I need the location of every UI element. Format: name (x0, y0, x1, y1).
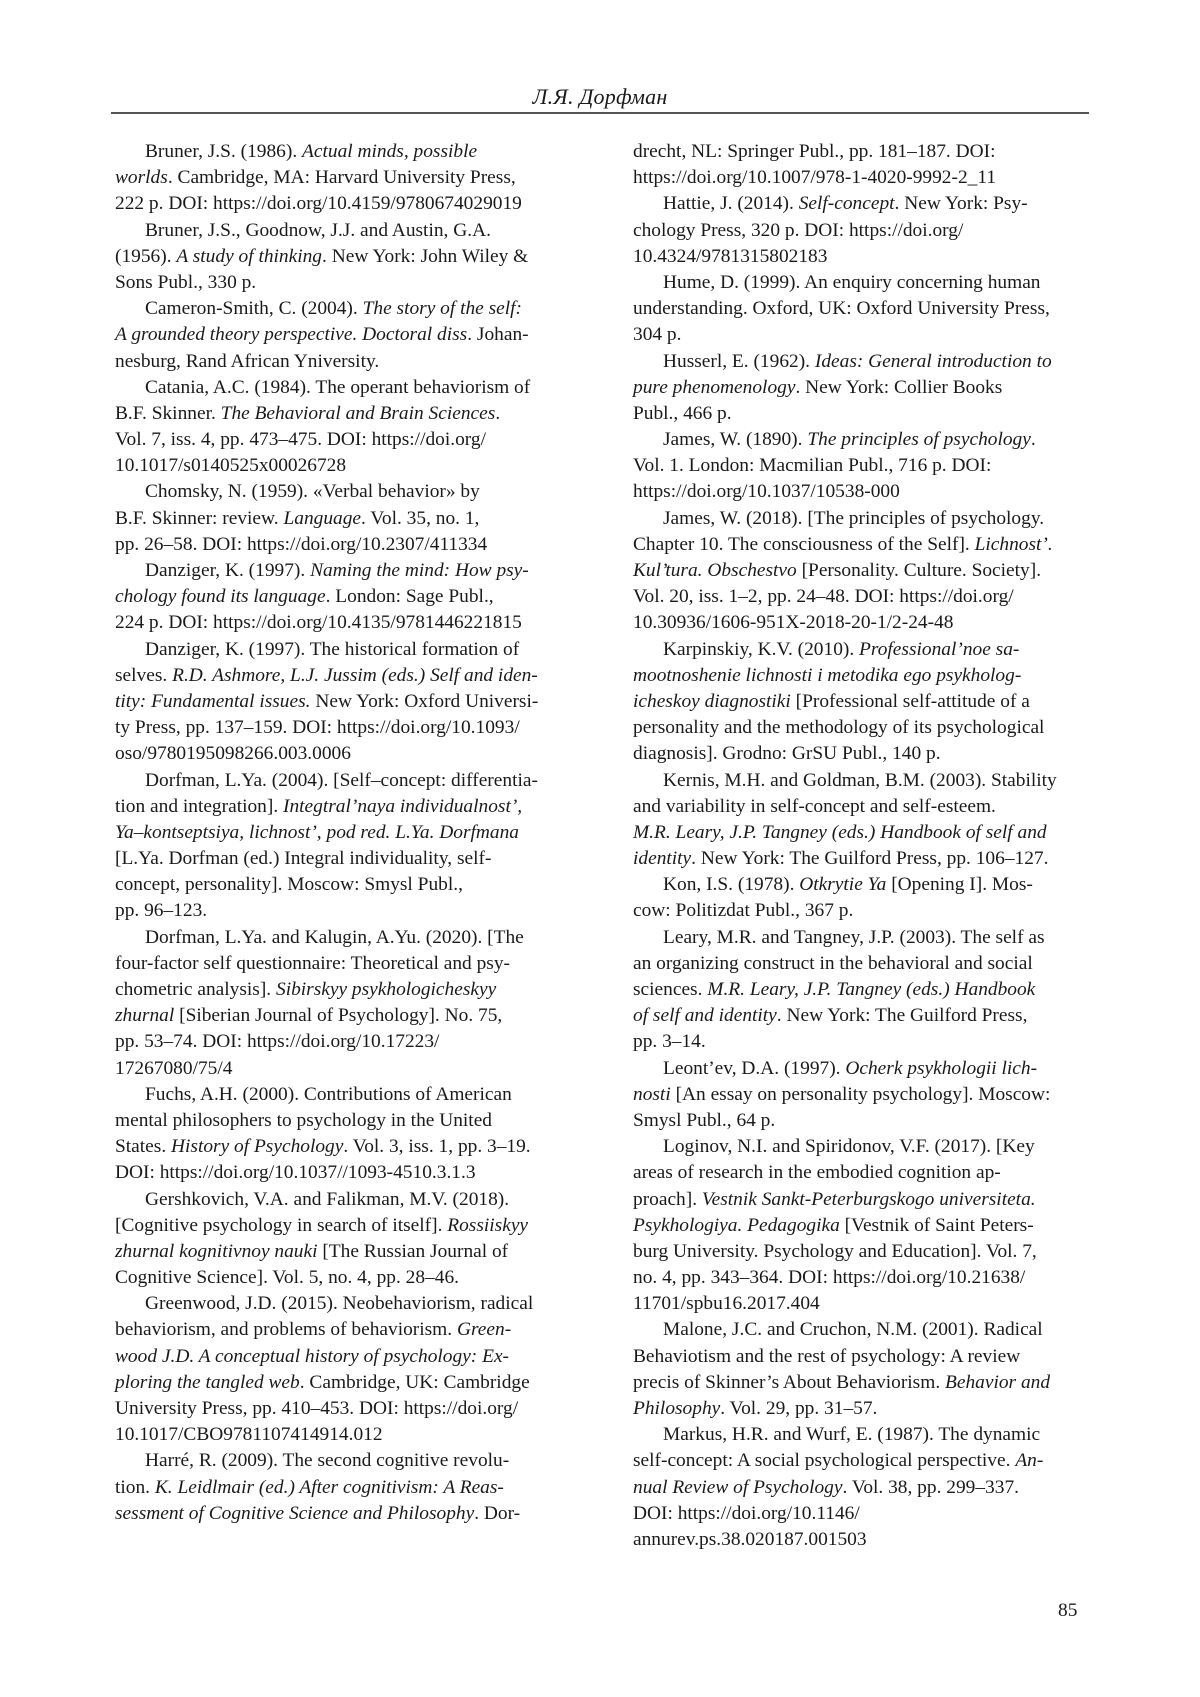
reference-text: [Professional self-attitude of a (791, 691, 1030, 712)
reference-line: https://doi.org/10.1007/978-1-4020-9992-… (633, 165, 1098, 191)
reference-line: pp. 26–58. DOI: https://doi.org/10.2307/… (115, 532, 580, 558)
italic-title-text: pure phenomenology (633, 377, 795, 398)
reference-text: Gershkovich, V.A. and Falikman, M.V. (20… (145, 1189, 509, 1210)
reference-entry-start-line: Harré, R. (2009). The second cognitive r… (115, 1448, 580, 1474)
reference-line: an organizing construct in the behaviora… (633, 951, 1098, 977)
italic-title-text: sessment of Cognitive Science and Philos… (115, 1503, 474, 1524)
reference-text: . Johan- (467, 324, 528, 345)
reference-text: four-factor self questionnaire: Theoreti… (115, 953, 510, 974)
reference-text: no. 4, pp. 343–364. DOI: https://doi.org… (633, 1267, 1025, 1288)
reference-text: 10.1017/s0140525x00026728 (115, 455, 346, 476)
reference-text: Kon, I.S. (1978). (663, 874, 799, 895)
reference-text: tion and integration]. (115, 796, 283, 817)
italic-title-text: M.R. Leary, J.P. Tangney (eds.) Handbook (707, 979, 1035, 1000)
reference-line: precis of Skinner’s About Behaviorism. B… (633, 1370, 1098, 1396)
reference-line: Cognitive Science]. Vol. 5, no. 4, pp. 2… (115, 1265, 580, 1291)
reference-entry-start-line: Danziger, K. (1997). Naming the mind: Ho… (115, 558, 580, 584)
reference-entry-start-line: Bruner, J.S., Goodnow, J.J. and Austin, … (115, 218, 580, 244)
italic-title-text: Lichnost’. (975, 534, 1053, 555)
reference-line: selves. R.D. Ashmore, L.J. Jussim (eds.)… (115, 663, 580, 689)
reference-line: States. History of Psychology. Vol. 3, i… (115, 1134, 580, 1160)
reference-line: tion and integration]. Integtral’naya in… (115, 794, 580, 820)
reference-text: . London: Sage Publ., (326, 586, 494, 607)
reference-entry-start-line: James, W. (1890). The principles of psyc… (633, 427, 1098, 453)
italic-title-text: The story of the self: (363, 298, 522, 319)
reference-text: [An essay on personality psychology]. Mo… (671, 1084, 1051, 1105)
reference-text: Dorfman, L.Ya. and Kalugin, A.Yu. (2020)… (145, 927, 524, 948)
italic-title-text: tity: Fundamental issues. (115, 691, 311, 712)
reference-text: . Vol. 38, pp. 299–337. (842, 1477, 1019, 1498)
reference-entry-start-line: James, W. (2018). [The principles of psy… (633, 506, 1098, 532)
reference-entry-start-line: Karpinskiy, K.V. (2010). Professional’no… (633, 637, 1098, 663)
reference-line: cow: Politizdat Publ., 367 p. (633, 898, 1098, 924)
italic-title-text: The principles of psychology (807, 429, 1031, 450)
reference-text: 224 p. DOI: https://doi.org/10.4135/9781… (115, 612, 522, 633)
reference-text: 10.1017/CBO9781107414914.012 (115, 1424, 383, 1445)
reference-text: pp. 53–74. DOI: https://doi.org/10.17223… (115, 1031, 439, 1052)
reference-text: proach]. (633, 1189, 702, 1210)
italic-title-text: R.D. Ashmore, L.J. Jussim (eds.) Self an… (172, 665, 538, 686)
italic-title-text: nual Review of Psychology (633, 1477, 842, 1498)
reference-text: 17267080/75/4 (115, 1058, 232, 1079)
reference-text: Danziger, K. (1997). The historical form… (145, 639, 519, 660)
reference-text: annurev.ps.38.020187.001503 (633, 1529, 867, 1550)
italic-title-text: Ya–kontseptsiya, lichnost’, pod red. L.Y… (115, 822, 519, 843)
reference-line: nesburg, Rand African Yniversity. (115, 349, 580, 375)
reference-line: Kul’tura. Obschestvo [Personality. Cultu… (633, 558, 1098, 584)
reference-line: B.F. Skinner. The Behavioral and Brain S… (115, 401, 580, 427)
reference-text: Chapter 10. The consciousness of the Sel… (633, 534, 975, 555)
reference-text: self-concept: A social psychological per… (633, 1450, 1015, 1471)
reference-line: 11701/spbu16.2017.404 (633, 1291, 1098, 1317)
reference-text: [Personality. Culture. Society]. (797, 560, 1041, 581)
reference-text: 11701/spbu16.2017.404 (633, 1293, 820, 1314)
italic-title-text: Ideas: General introduction to (815, 351, 1052, 372)
reference-text: . (495, 403, 500, 424)
reference-text: precis of Skinner’s About Behaviorism. (633, 1372, 945, 1393)
reference-line: pp. 53–74. DOI: https://doi.org/10.17223… (115, 1029, 580, 1055)
italic-title-text: of self and identity (633, 1005, 777, 1026)
italic-title-text: Ocherk psykhologii lich- (845, 1058, 1037, 1079)
reference-entry-start-line: Gershkovich, V.A. and Falikman, M.V. (20… (115, 1187, 580, 1213)
reference-entry-start-line: Greenwood, J.D. (2015). Neobehaviorism, … (115, 1291, 580, 1317)
reference-line: DOI: https://doi.org/10.1037//1093-4510.… (115, 1160, 580, 1186)
reference-line: (1956). A study of thinking. New York: J… (115, 244, 580, 270)
reference-entry-start-line: Husserl, E. (1962). Ideas: General intro… (633, 349, 1098, 375)
reference-text: understanding. Oxford, UK: Oxford Univer… (633, 298, 1050, 319)
reference-entry-start-line: Leont’ev, D.A. (1997). Ocherk psykhologi… (633, 1056, 1098, 1082)
reference-text: Sons Publ., 330 p. (115, 272, 256, 293)
reference-line: DOI: https://doi.org/10.1146/ (633, 1501, 1098, 1527)
reference-entry-start-line: Kernis, M.H. and Goldman, B.M. (2003). S… (633, 768, 1098, 794)
reference-text: Cognitive Science]. Vol. 5, no. 4, pp. 2… (115, 1267, 459, 1288)
italic-title-text: The Behavioral and Brain Sciences (221, 403, 496, 424)
reference-text: James, W. (2018). [The principles of psy… (663, 508, 1044, 529)
reference-line: Psykhologiya. Pedagogika [Vestnik of Sai… (633, 1213, 1098, 1239)
reference-line: understanding. Oxford, UK: Oxford Univer… (633, 296, 1098, 322)
reference-text: pp. 3–14. (633, 1031, 706, 1052)
reference-line: identity. New York: The Guilford Press, … (633, 846, 1098, 872)
reference-text: https://doi.org/10.1037/10538-000 (633, 481, 900, 502)
reference-entry-start-line: Hattie, J. (2014). Self-concept. New Yor… (633, 191, 1098, 217)
reference-entry-start-line: Chomsky, N. (1959). «Verbal behavior» by (115, 479, 580, 505)
reference-line: tity: Fundamental issues. New York: Oxfo… (115, 689, 580, 715)
reference-text: . (1031, 429, 1036, 450)
reference-text: selves. (115, 665, 172, 686)
reference-text: James, W. (1890). (663, 429, 807, 450)
reference-line: wood J.D. A conceptual history of psycho… (115, 1344, 580, 1370)
reference-text: pp. 96–123. (115, 900, 207, 921)
reference-text: areas of research in the embodied cognit… (633, 1162, 1001, 1183)
reference-text: https://doi.org/10.1007/978-1-4020-9992-… (633, 167, 996, 188)
reference-entry-start-line: Hume, D. (1999). An enquiry concerning h… (633, 270, 1098, 296)
reference-line: proach]. Vestnik Sankt-Peterburgskogo un… (633, 1187, 1098, 1213)
reference-text: Catania, A.C. (1984). The operant behavi… (145, 377, 530, 398)
reference-text: oso/9780195098266.003.0006 (115, 743, 351, 764)
reference-line: diagnosis]. Grodno: GrSU Publ., 140 p. (633, 741, 1098, 767)
italic-title-text: mootnoshenie lichnosti i metodika ego ps… (633, 665, 1021, 686)
reference-text: Loginov, N.I. and Spiridonov, V.F. (2017… (663, 1136, 1035, 1157)
reference-line: personality and the methodology of its p… (633, 715, 1098, 741)
reference-text: ty Press, pp. 137–159. DOI: https://doi.… (115, 717, 520, 738)
italic-title-text: Kul’tura. Obschestvo (633, 560, 797, 581)
reference-line: B.F. Skinner: review. Language. Vol. 35,… (115, 506, 580, 532)
reference-line: https://doi.org/10.1037/10538-000 (633, 479, 1098, 505)
reference-text: Vol. 1. London: Macmilian Publ., 716 p. … (633, 455, 991, 476)
reference-entry-start-line: Dorfman, L.Ya. (2004). [Self–concept: di… (115, 768, 580, 794)
reference-text: Karpinskiy, K.V. (2010). (663, 639, 859, 660)
italic-title-text: identity (633, 848, 691, 869)
reference-entry-start-line: Leary, M.R. and Tangney, J.P. (2003). Th… (633, 925, 1098, 951)
reference-line: chometric analysis]. Sibirskyy psykholog… (115, 977, 580, 1003)
running-header-author: Л.Я. Дорфман (111, 84, 1089, 110)
reference-text: tion. (115, 1477, 155, 1498)
reference-line: mental philosophers to psychology in the… (115, 1108, 580, 1134)
reference-text: concept, personality]. Moscow: Smysl Pub… (115, 874, 463, 895)
reference-line: mootnoshenie lichnosti i metodika ego ps… (633, 663, 1098, 689)
reference-line: University Press, pp. 410–453. DOI: http… (115, 1396, 580, 1422)
reference-entry-start-line: Catania, A.C. (1984). The operant behavi… (115, 375, 580, 401)
reference-line: 10.4324/9781315802183 (633, 244, 1098, 270)
reference-line: annurev.ps.38.020187.001503 (633, 1527, 1098, 1553)
reference-text: . New York: John Wiley & (322, 246, 528, 267)
reference-line: drecht, NL: Springer Publ., pp. 181–187.… (633, 139, 1098, 165)
italic-title-text: Self-concept (799, 193, 895, 214)
reference-line: ty Press, pp. 137–159. DOI: https://doi.… (115, 715, 580, 741)
reference-entry-start-line: Markus, H.R. and Wurf, E. (1987). The dy… (633, 1422, 1098, 1448)
italic-title-text: Actual minds, possible (302, 141, 477, 162)
reference-text: B.F. Skinner: review. (115, 508, 283, 529)
italic-title-text: worlds (115, 167, 168, 188)
italic-title-text: Behavior and (945, 1372, 1050, 1393)
reference-text: . Vol. 3, iss. 1, pp. 3–19. (343, 1136, 530, 1157)
reference-text: University Press, pp. 410–453. DOI: http… (115, 1398, 518, 1419)
reference-text: B.F. Skinner. (115, 403, 221, 424)
reference-line: Vol. 20, iss. 1–2, pp. 24–48. DOI: https… (633, 584, 1098, 610)
italic-title-text: Language (283, 508, 361, 529)
reference-text: and variability in self-concept and self… (633, 796, 996, 817)
reference-text: Dorfman, L.Ya. (2004). [Self–concept: di… (145, 770, 538, 791)
reference-line: four-factor self questionnaire: Theoreti… (115, 951, 580, 977)
references-column-right: drecht, NL: Springer Publ., pp. 181–187.… (633, 139, 1098, 1553)
italic-title-text: Rossiiskyy (447, 1215, 528, 1236)
reference-text: [Siberian Journal of Psychology]. No. 75… (174, 1005, 502, 1026)
reference-line: 222 p. DOI: https://doi.org/10.4159/9780… (115, 191, 580, 217)
reference-text: Fuchs, A.H. (2000). Contributions of Ame… (145, 1084, 512, 1105)
reference-entry-start-line: Dorfman, L.Ya. and Kalugin, A.Yu. (2020)… (115, 925, 580, 951)
reference-line: M.R. Leary, J.P. Tangney (eds.) Handbook… (633, 820, 1098, 846)
reference-text: pp. 26–58. DOI: https://doi.org/10.2307/… (115, 534, 487, 555)
reference-line: A grounded theory perspective. Doctoral … (115, 322, 580, 348)
reference-line: zhurnal [Siberian Journal of Psychology]… (115, 1003, 580, 1029)
reference-line: sessment of Cognitive Science and Philos… (115, 1501, 580, 1527)
page-number: 85 (1058, 1600, 1077, 1622)
italic-title-text: A grounded theory perspective. Doctoral … (115, 324, 467, 345)
reference-entry-start-line: Fuchs, A.H. (2000). Contributions of Ame… (115, 1082, 580, 1108)
reference-line: oso/9780195098266.003.0006 (115, 741, 580, 767)
reference-line: Chapter 10. The consciousness of the Sel… (633, 532, 1098, 558)
reference-line: 10.1017/s0140525x00026728 (115, 453, 580, 479)
reference-text: 304 p. (633, 324, 681, 345)
reference-line: areas of research in the embodied cognit… (633, 1160, 1098, 1186)
reference-entry-start-line: Cameron-Smith, C. (2004). The story of t… (115, 296, 580, 322)
reference-text: DOI: https://doi.org/10.1037//1093-4510.… (115, 1162, 476, 1183)
reference-line: chology found its language. London: Sage… (115, 584, 580, 610)
reference-text: . New York: Psy- (895, 193, 1028, 214)
reference-text: . Cambridge, MA: Harvard University Pres… (168, 167, 516, 188)
reference-text: chometric analysis]. (115, 979, 276, 1000)
reference-line: Ya–kontseptsiya, lichnost’, pod red. L.Y… (115, 820, 580, 846)
italic-title-text: Vestnik Sankt-Peterburgskogo universitet… (702, 1189, 1036, 1210)
reference-text: . Vol. 29, pp. 31–57. (720, 1398, 877, 1419)
reference-text: [L.Ya. Dorfman (ed.) Integral individual… (115, 848, 491, 869)
reference-text: Leont’ev, D.A. (1997). (663, 1058, 845, 1079)
reference-line: nosti [An essay on personality psycholog… (633, 1082, 1098, 1108)
reference-text: Markus, H.R. and Wurf, E. (1987). The dy… (663, 1424, 1040, 1445)
reference-entry-start-line: Malone, J.C. and Cruchon, N.M. (2001). R… (633, 1317, 1098, 1343)
italic-title-text: nosti (633, 1084, 671, 1105)
reference-line: Smysl Publ., 64 p. (633, 1108, 1098, 1134)
reference-line: sciences. M.R. Leary, J.P. Tangney (eds.… (633, 977, 1098, 1003)
reference-line: 224 p. DOI: https://doi.org/10.4135/9781… (115, 610, 580, 636)
reference-text: Kernis, M.H. and Goldman, B.M. (2003). S… (663, 770, 1057, 791)
italic-title-text: Naming the mind: How psy- (310, 560, 529, 581)
reference-line: 304 p. (633, 322, 1098, 348)
reference-line: burg University. Psychology and Educatio… (633, 1239, 1098, 1265)
italic-title-text: History of Psychology (171, 1136, 343, 1157)
reference-text: Vol. 20, iss. 1–2, pp. 24–48. DOI: https… (633, 586, 1014, 607)
reference-text: (1956). (115, 246, 176, 267)
reference-entry-start-line: Danziger, K. (1997). The historical form… (115, 637, 580, 663)
reference-text: [Opening I]. Mos- (886, 874, 1032, 895)
reference-text: . Cambridge, UK: Cambridge (300, 1372, 530, 1393)
reference-text: Cameron-Smith, C. (2004). (145, 298, 363, 319)
reference-entry-start-line: Bruner, J.S. (1986). Actual minds, possi… (115, 139, 580, 165)
reference-text: . New York: Collier Books (795, 377, 1002, 398)
reference-text: New York: Oxford Universi- (311, 691, 539, 712)
reference-line: behaviorism, and problems of behaviorism… (115, 1317, 580, 1343)
reference-text: Hattie, J. (2014). (663, 193, 799, 214)
italic-title-text: zhurnal kognitivnoy nauki (115, 1241, 318, 1262)
running-header: Л.Я. Дорфман (111, 78, 1089, 114)
reference-text: Behaviotism and the rest of psychology: … (633, 1346, 1020, 1367)
reference-text: [The Russian Journal of (318, 1241, 509, 1262)
reference-line: ploring the tangled web. Cambridge, UK: … (115, 1370, 580, 1396)
reference-line: of self and identity. New York: The Guil… (633, 1003, 1098, 1029)
reference-text: personality and the methodology of its p… (633, 717, 1044, 738)
reference-line: pp. 96–123. (115, 898, 580, 924)
reference-text: 10.30936/1606-951X-2018-20-1/2-24-48 (633, 612, 953, 633)
reference-text: an organizing construct in the behaviora… (633, 953, 1033, 974)
reference-line: 17267080/75/4 (115, 1056, 580, 1082)
reference-line: Behaviotism and the rest of psychology: … (633, 1344, 1098, 1370)
reference-line: self-concept: A social psychological per… (633, 1448, 1098, 1474)
reference-text: 222 p. DOI: https://doi.org/10.4159/9780… (115, 193, 522, 214)
reference-text: Hume, D. (1999). An enquiry concerning h… (663, 272, 1041, 293)
reference-line: and variability in self-concept and self… (633, 794, 1098, 820)
reference-entry-start-line: Loginov, N.I. and Spiridonov, V.F. (2017… (633, 1134, 1098, 1160)
reference-text: Malone, J.C. and Cruchon, N.M. (2001). R… (663, 1319, 1043, 1340)
reference-line: pp. 3–14. (633, 1029, 1098, 1055)
reference-line: pure phenomenology. New York: Collier Bo… (633, 375, 1098, 401)
reference-line: Vol. 1. London: Macmilian Publ., 716 p. … (633, 453, 1098, 479)
italic-title-text: Integtral’naya individualnost’, (283, 796, 522, 817)
italic-title-text: wood J.D. A conceptual history of psycho… (115, 1346, 509, 1367)
italic-title-text: Professional’noe sa- (859, 639, 1019, 660)
italic-title-text: M.R. Leary, J.P. Tangney (eds.) Handbook… (633, 822, 1047, 843)
italic-title-text: Philosophy (633, 1398, 720, 1419)
reference-text: cow: Politizdat Publ., 367 p. (633, 900, 853, 921)
reference-line: zhurnal kognitivnoy nauki [The Russian J… (115, 1239, 580, 1265)
reference-text: . Vol. 35, no. 1, (361, 508, 479, 529)
reference-line: worlds. Cambridge, MA: Harvard Universit… (115, 165, 580, 191)
reference-entry-start-line: Kon, I.S. (1978). Otkrytie Ya [Opening I… (633, 872, 1098, 898)
references-column-left: Bruner, J.S. (1986). Actual minds, possi… (115, 139, 580, 1527)
italic-title-text: Otkrytie Ya (799, 874, 886, 895)
italic-title-text: K. Leidlmair (ed.) After cognitivism: A … (155, 1477, 504, 1498)
italic-title-text: chology found its language (115, 586, 326, 607)
italic-title-text: An- (1015, 1450, 1043, 1471)
reference-text: [Cognitive psychology in search of itsel… (115, 1215, 447, 1236)
reference-text: diagnosis]. Grodno: GrSU Publ., 140 p. (633, 743, 941, 764)
italic-title-text: A study of thinking (176, 246, 322, 267)
reference-line: Vol. 7, iss. 4, pp. 473–475. DOI: https:… (115, 427, 580, 453)
reference-line: concept, personality]. Moscow: Smysl Pub… (115, 872, 580, 898)
italic-title-text: icheskoy diagnostiki (633, 691, 791, 712)
reference-text: DOI: https://doi.org/10.1146/ (633, 1503, 860, 1524)
reference-line: [L.Ya. Dorfman (ed.) Integral individual… (115, 846, 580, 872)
reference-text: behaviorism, and problems of behaviorism… (115, 1319, 457, 1340)
reference-text: Greenwood, J.D. (2015). Neobehaviorism, … (145, 1293, 533, 1314)
reference-text: Danziger, K. (1997). (145, 560, 310, 581)
reference-text: States. (115, 1136, 171, 1157)
reference-text: Leary, M.R. and Tangney, J.P. (2003). Th… (663, 927, 1045, 948)
reference-text: 10.4324/9781315802183 (633, 246, 827, 267)
reference-line: 10.30936/1606-951X-2018-20-1/2-24-48 (633, 610, 1098, 636)
reference-line: Philosophy. Vol. 29, pp. 31–57. (633, 1396, 1098, 1422)
reference-text: chology Press, 320 p. DOI: https://doi.o… (633, 220, 963, 241)
reference-text: Vol. 7, iss. 4, pp. 473–475. DOI: https:… (115, 429, 486, 450)
reference-line: icheskoy diagnostiki [Professional self-… (633, 689, 1098, 715)
reference-line: nual Review of Psychology. Vol. 38, pp. … (633, 1475, 1098, 1501)
reference-text: Bruner, J.S., Goodnow, J.J. and Austin, … (145, 220, 491, 241)
reference-text: Chomsky, N. (1959). «Verbal behavior» by (145, 481, 480, 502)
reference-text: Bruner, J.S. (1986). (145, 141, 302, 162)
reference-text: . New York: The Guilford Press, (777, 1005, 1028, 1026)
reference-line: tion. K. Leidlmair (ed.) After cognitivi… (115, 1475, 580, 1501)
reference-line: Sons Publ., 330 p. (115, 270, 580, 296)
italic-title-text: ploring the tangled web (115, 1372, 300, 1393)
italic-title-text: Psykhologiya. Pedagogika (633, 1215, 840, 1236)
reference-text: Harré, R. (2009). The second cognitive r… (145, 1450, 509, 1471)
reference-text: Smysl Publ., 64 p. (633, 1110, 775, 1131)
reference-text: mental philosophers to psychology in the… (115, 1110, 492, 1131)
reference-text: Husserl, E. (1962). (663, 351, 815, 372)
reference-text: sciences. (633, 979, 707, 1000)
reference-line: Publ., 466 p. (633, 401, 1098, 427)
reference-text: nesburg, Rand African Yniversity. (115, 351, 379, 372)
reference-line: chology Press, 320 p. DOI: https://doi.o… (633, 218, 1098, 244)
reference-line: [Cognitive psychology in search of itsel… (115, 1213, 580, 1239)
reference-text: [Vestnik of Saint Peters- (840, 1215, 1034, 1236)
reference-text: . Dor- (474, 1503, 520, 1524)
italic-title-text: zhurnal (115, 1005, 174, 1026)
italic-title-text: Green- (457, 1319, 511, 1340)
reference-line: no. 4, pp. 343–364. DOI: https://doi.org… (633, 1265, 1098, 1291)
reference-text: drecht, NL: Springer Publ., pp. 181–187.… (633, 141, 995, 162)
reference-line: 10.1017/CBO9781107414914.012 (115, 1422, 580, 1448)
reference-text: . New York: The Guilford Press, pp. 106–… (691, 848, 1048, 869)
reference-text: Publ., 466 p. (633, 403, 732, 424)
reference-text: burg University. Psychology and Educatio… (633, 1241, 1037, 1262)
italic-title-text: Sibirskyy psykhologicheskyy (276, 979, 496, 1000)
